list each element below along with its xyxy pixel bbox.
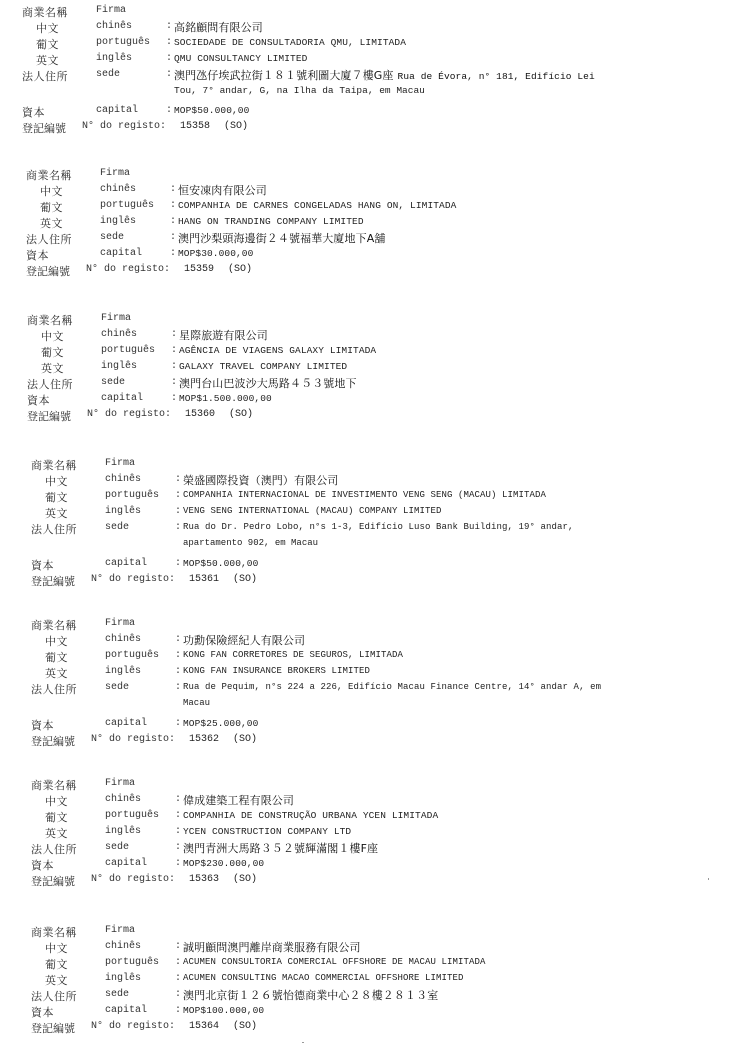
portuguese-name-value: AGÊNCIA DE VIAGENS GALAXY LIMITADA [179, 345, 376, 356]
seat-label-zh: 法人住所 [31, 841, 77, 857]
portuguese-name-row: 葡文 português : AGÊNCIA DE VIAGENS GALAXY… [27, 344, 741, 360]
colon: : [166, 105, 172, 116]
chinese-label-pt: chinês [100, 184, 136, 195]
firm-label-zh: 商業名稱 [31, 617, 77, 633]
english-name-value: HANG ON TRANDING COMPANY LIMITED [178, 216, 364, 227]
english-name-row: 英文 inglês : ACUMEN CONSULTING MACAO COMM… [31, 972, 741, 988]
chinese-name-value: 誠明顧問澳門離岸商業服務有限公司 [183, 939, 361, 955]
capital-label-pt: capital [105, 1005, 147, 1016]
colon: : [171, 361, 177, 372]
seat-label-zh: 法人住所 [31, 521, 77, 537]
colon: : [170, 232, 176, 243]
colon: : [175, 941, 181, 952]
chinese-name-row: 中文 chinês : 功勳保險經紀人有限公司 [31, 633, 741, 649]
portuguese-label-pt: português [105, 650, 159, 661]
registry-number: 15363 [189, 874, 219, 885]
chinese-label-pt: chinês [105, 634, 141, 645]
registry-label-pt: N° do registo: [91, 574, 175, 585]
chinese-name-row: 中文 chinês : 恒安凍肉有限公司 [26, 183, 741, 199]
chinese-name-row: 中文 chinês : 偉成建築工程有限公司 [31, 793, 741, 809]
registry-row: 登記編號 N° do registo: 15359(SO) [26, 263, 741, 279]
registry-entry-15361: 商業名稱 Firma 中文 chinês : 榮盛國際投資（澳門）有限公司 葡文… [31, 457, 741, 589]
chinese-label-pt: chinês [105, 941, 141, 952]
chinese-name-row: 中文 chinês : 誠明顧問澳門離岸商業服務有限公司 [31, 940, 741, 956]
chinese-label-zh: 中文 [45, 793, 68, 809]
capital-label-pt: capital [101, 393, 143, 404]
english-label-pt: inglês [101, 361, 137, 372]
colon: : [175, 650, 181, 661]
registry-value: 15361(SO) [189, 574, 257, 585]
english-label-zh: 英文 [45, 665, 68, 681]
registry-entry-15358: 商業名稱 Firma 中文 chinês : 高銘顧問有限公司 葡文 portu… [22, 4, 741, 136]
english-label-pt: inglês [105, 973, 141, 984]
firm-header-row: 商業名稱 Firma [27, 312, 741, 328]
capital-label-zh: 資本 [27, 392, 50, 408]
firm-header-row: 商業名稱 Firma [31, 457, 741, 473]
portuguese-label-pt: português [96, 37, 150, 48]
capital-row: 資本 capital : MOP$100.000,00 [31, 1004, 741, 1020]
registry-label-zh: 登記編號 [31, 733, 75, 749]
firm-label-zh: 商業名稱 [31, 777, 77, 793]
firm-header-row: 商業名稱 Firma [26, 167, 741, 183]
firm-header-row: 商業名稱 Firma [31, 924, 741, 940]
firm-label-zh: 商業名稱 [27, 312, 73, 328]
registry-value: 15362(SO) [189, 734, 257, 745]
portuguese-label-pt: português [105, 957, 159, 968]
chinese-label-zh: 中文 [36, 20, 59, 36]
capital-value: MOP$230.000,00 [183, 858, 264, 869]
capital-row: 資本 capital : MOP$30.000,00 [26, 247, 741, 263]
registry-label-pt: N° do registo: [87, 409, 171, 420]
chinese-label-zh: 中文 [40, 183, 63, 199]
colon: : [175, 490, 181, 501]
firm-label-pt: Firma [96, 5, 126, 16]
scan-speck [302, 1042, 304, 1043]
english-label-zh: 英文 [45, 505, 68, 521]
seat-continuation: apartamento 902, em Macau [183, 538, 318, 548]
registry-label-zh: 登記編號 [22, 120, 66, 136]
colon: : [166, 53, 172, 64]
portuguese-name-row: 葡文 português : COMPANHIA INTERNACIONAL D… [31, 489, 741, 505]
colon: : [175, 666, 181, 677]
colon: : [171, 393, 177, 404]
portuguese-label-pt: português [105, 810, 159, 821]
seat-label-zh: 法人住所 [26, 231, 72, 247]
portuguese-label-zh: 葡文 [36, 36, 59, 52]
seat-label-pt: sede [101, 377, 125, 388]
english-label-pt: inglês [100, 216, 136, 227]
firm-header-row: 商業名稱 Firma [31, 617, 741, 633]
chinese-label-pt: chinês [105, 794, 141, 805]
registry-entry-15364: 商業名稱 Firma 中文 chinês : 誠明顧問澳門離岸商業服務有限公司 … [31, 924, 741, 1036]
registry-suffix: (SO) [224, 121, 248, 132]
registry-label-pt: N° do registo: [91, 734, 175, 745]
seat-label-zh: 法人住所 [27, 376, 73, 392]
english-label-pt: inglês [105, 826, 141, 837]
registry-row: 登記編號 N° do registo: 15364(SO) [31, 1020, 741, 1036]
capital-row: 資本 capital : MOP$50.000,00 [31, 557, 741, 573]
firm-header-row: 商業名稱 Firma [31, 777, 741, 793]
chinese-name-value: 榮盛國際投資（澳門）有限公司 [183, 472, 338, 488]
capital-value: MOP$25.000,00 [183, 718, 258, 729]
seat-value: Rua de Pequim, n°s 224 a 226, Edifício M… [183, 682, 601, 692]
capital-row: 資本 capital : MOP$1.500.000,00 [27, 392, 741, 408]
english-name-row: 英文 inglês : YCEN CONSTRUCTION COMPANY LT… [31, 825, 741, 841]
seat-continuation-row: apartamento 902, em Macau [31, 537, 741, 557]
firm-label-zh: 商業名稱 [26, 167, 72, 183]
registry-row: 登記編號 N° do registo: 15358(SO) [22, 120, 741, 136]
english-name-value: VENG SENG INTERNATIONAL (MACAU) COMPANY … [183, 506, 442, 516]
chinese-name-value: 恒安凍肉有限公司 [178, 182, 267, 198]
firm-label-pt: Firma [105, 925, 135, 936]
chinese-name-row: 中文 chinês : 星際旅遊有限公司 [27, 328, 741, 344]
seat-value: 澳門氹仔埃武拉街１８１號利圖大廈７樓G座Rua de Évora, n° 181… [174, 67, 595, 83]
seat-continuation-row: Tou, 7° andar, G, na Ilha da Taipa, em M… [22, 84, 741, 104]
capital-value: MOP$30.000,00 [178, 248, 253, 259]
capital-value: MOP$50.000,00 [183, 558, 258, 569]
seat-row: 法人住所 sede : 澳門青洲大馬路３５２號輝滿閣１樓F座 [31, 841, 741, 857]
capital-row: 資本 capital : MOP$25.000,00 [31, 717, 741, 733]
registry-entry-15359: 商業名稱 Firma 中文 chinês : 恒安凍肉有限公司 葡文 portu… [26, 167, 741, 279]
seat-row: 法人住所 sede : Rua de Pequim, n°s 224 a 226… [31, 681, 741, 697]
english-label-zh: 英文 [36, 52, 59, 68]
seat-value-pt: Rua de Évora, n° 181, Edifício Lei [398, 71, 595, 82]
seat-value: 澳門沙梨頭海邊街２４號福華大廈地下A舖 [178, 230, 385, 246]
firm-label-pt: Firma [105, 778, 135, 789]
portuguese-name-row: 葡文 português : KONG FAN CORRETORES DE SE… [31, 649, 741, 665]
english-name-row: 英文 inglês : KONG FAN INSURANCE BROKERS L… [31, 665, 741, 681]
registry-row: 登記編號 N° do registo: 15361(SO) [31, 573, 741, 589]
english-label-zh: 英文 [45, 972, 68, 988]
colon: : [175, 858, 181, 869]
colon: : [170, 200, 176, 211]
english-name-row: 英文 inglês : QMU CONSULTANCY LIMITED [22, 52, 741, 68]
registry-value: 15359(SO) [184, 264, 252, 275]
registry-value: 15360(SO) [185, 409, 253, 420]
registry-row: 登記編號 N° do registo: 15362(SO) [31, 733, 741, 749]
firm-label-zh: 商業名稱 [22, 4, 68, 20]
portuguese-label-zh: 葡文 [45, 489, 68, 505]
seat-row: 法人住所 sede : 澳門沙梨頭海邊街２４號福華大廈地下A舖 [26, 231, 741, 247]
capital-label-zh: 資本 [22, 104, 45, 120]
capital-label-zh: 資本 [31, 857, 54, 873]
registry-number: 15364 [189, 1021, 219, 1032]
chinese-label-zh: 中文 [45, 940, 68, 956]
colon: : [175, 558, 181, 569]
portuguese-label-pt: português [101, 345, 155, 356]
capital-label-zh: 資本 [31, 1004, 54, 1020]
colon: : [175, 1005, 181, 1016]
registry-suffix: (SO) [233, 1021, 257, 1032]
colon: : [166, 37, 172, 48]
colon: : [175, 973, 181, 984]
portuguese-name-row: 葡文 português : ACUMEN CONSULTORIA COMERC… [31, 956, 741, 972]
seat-value: Rua do Dr. Pedro Lobo, n°s 1-3, Edifício… [183, 522, 574, 532]
firm-label-pt: Firma [105, 458, 135, 469]
portuguese-label-zh: 葡文 [40, 199, 63, 215]
capital-label-zh: 資本 [31, 717, 54, 733]
seat-row: 法人住所 sede : 澳門北京街１２６號怡德商業中心２８樓２８１３室 [31, 988, 741, 1004]
colon: : [175, 522, 181, 533]
english-name-row: 英文 inglês : HANG ON TRANDING COMPANY LIM… [26, 215, 741, 231]
english-label-pt: inglês [96, 53, 132, 64]
seat-label-pt: sede [105, 842, 129, 853]
colon: : [166, 69, 172, 80]
seat-label-pt: sede [105, 522, 129, 533]
colon: : [175, 718, 181, 729]
capital-label-pt: capital [105, 558, 147, 569]
chinese-label-pt: chinês [105, 474, 141, 485]
english-label-zh: 英文 [45, 825, 68, 841]
portuguese-label-pt: português [105, 490, 159, 501]
capital-label-pt: capital [100, 248, 142, 259]
capital-value: MOP$1.500.000,00 [179, 393, 272, 404]
firm-header-row: 商業名稱 Firma [22, 4, 741, 20]
capital-label-zh: 資本 [31, 557, 54, 573]
seat-value: 澳門北京街１２６號怡德商業中心２８樓２８１３室 [183, 987, 438, 1003]
english-name-value: KONG FAN INSURANCE BROKERS LIMITED [183, 666, 370, 676]
seat-label-zh: 法人住所 [22, 68, 68, 84]
portuguese-label-pt: português [100, 200, 154, 211]
seat-continuation: Macau [183, 698, 210, 708]
chinese-label-zh: 中文 [45, 473, 68, 489]
english-label-zh: 英文 [41, 360, 64, 376]
registry-suffix: (SO) [229, 409, 253, 420]
colon: : [175, 682, 181, 693]
seat-value: 澳門台山巴波沙大馬路４５３號地下 [179, 375, 357, 391]
registry-entry-15362: 商業名稱 Firma 中文 chinês : 功勳保險經紀人有限公司 葡文 po… [31, 617, 741, 749]
seat-label-pt: sede [100, 232, 124, 243]
registry-number: 15359 [184, 264, 214, 275]
english-name-value: GALAXY TRAVEL COMPANY LIMITED [179, 361, 347, 372]
portuguese-name-row: 葡文 português : COMPANHIA DE CONSTRUÇÃO U… [31, 809, 741, 825]
registry-label-pt: N° do registo: [82, 121, 166, 132]
colon: : [170, 184, 176, 195]
seat-row: 法人住所 sede : 澳門台山巴波沙大馬路４５３號地下 [27, 376, 741, 392]
registry-number: 15362 [189, 734, 219, 745]
seat-row: 法人住所 sede : Rua do Dr. Pedro Lobo, n°s 1… [31, 521, 741, 537]
colon: : [171, 377, 177, 388]
chinese-name-row: 中文 chinês : 高銘顧問有限公司 [22, 20, 741, 36]
portuguese-name-value: COMPANHIA DE CARNES CONGELADAS HANG ON, … [178, 200, 456, 211]
registry-number: 15360 [185, 409, 215, 420]
capital-label-pt: capital [105, 858, 147, 869]
seat-label-pt: sede [105, 682, 129, 693]
portuguese-name-row: 葡文 português : SOCIEDADE DE CONSULTADORI… [22, 36, 741, 52]
colon: : [175, 842, 181, 853]
seat-label-pt: sede [96, 69, 120, 80]
portuguese-name-row: 葡文 português : COMPANHIA DE CARNES CONGE… [26, 199, 741, 215]
chinese-label-zh: 中文 [41, 328, 64, 344]
chinese-label-pt: chinês [96, 21, 132, 32]
english-label-pt: inglês [105, 666, 141, 677]
portuguese-name-value: SOCIEDADE DE CONSULTADORIA QMU, LIMITADA [174, 37, 406, 48]
chinese-name-value: 星際旅遊有限公司 [179, 327, 268, 343]
chinese-name-value: 功勳保險經紀人有限公司 [183, 632, 305, 648]
colon: : [170, 216, 176, 227]
firm-label-pt: Firma [101, 313, 131, 324]
registry-suffix: (SO) [233, 734, 257, 745]
seat-continuation: Tou, 7° andar, G, na Ilha da Taipa, em M… [174, 85, 425, 96]
portuguese-name-value: ACUMEN CONSULTORIA COMERCIAL OFFSHORE DE… [183, 957, 486, 967]
registry-row: 登記編號 N° do registo: 15360(SO) [27, 408, 741, 424]
english-label-pt: inglês [105, 506, 141, 517]
english-name-row: 英文 inglês : VENG SENG INTERNATIONAL (MAC… [31, 505, 741, 521]
registry-label-zh: 登記編號 [31, 573, 75, 589]
capital-label-zh: 資本 [26, 247, 49, 263]
registry-number: 15361 [189, 574, 219, 585]
colon: : [175, 957, 181, 968]
firm-label-pt: Firma [100, 168, 130, 179]
registry-label-zh: 登記編號 [31, 1020, 75, 1036]
seat-label-zh: 法人住所 [31, 988, 77, 1004]
firm-label-zh: 商業名稱 [31, 924, 77, 940]
capital-value: MOP$50.000,00 [174, 105, 249, 116]
registry-label-zh: 登記編號 [26, 263, 70, 279]
registry-label-pt: N° do registo: [86, 264, 170, 275]
registry-suffix: (SO) [233, 574, 257, 585]
registry-row: 登記編號 N° do registo: 15363(SO) [31, 873, 741, 889]
seat-value: 澳門青洲大馬路３５２號輝滿閣１樓F座 [183, 840, 378, 856]
registry-entry-15363: 商業名稱 Firma 中文 chinês : 偉成建築工程有限公司 葡文 por… [31, 777, 741, 889]
registry-suffix: (SO) [228, 264, 252, 275]
colon: : [175, 826, 181, 837]
chinese-label-zh: 中文 [45, 633, 68, 649]
registry-entry-15360: 商業名稱 Firma 中文 chinês : 星際旅遊有限公司 葡文 portu… [27, 312, 741, 424]
colon: : [166, 21, 172, 32]
registry-label-pt: N° do registo: [91, 1021, 175, 1032]
registry-label-zh: 登記編號 [27, 408, 71, 424]
registry-label-zh: 登記編號 [31, 873, 75, 889]
capital-label-pt: capital [96, 105, 138, 116]
colon: : [170, 248, 176, 259]
portuguese-name-value: COMPANHIA INTERNACIONAL DE INVESTIMENTO … [183, 490, 546, 500]
seat-label-zh: 法人住所 [31, 681, 77, 697]
registry-label-pt: N° do registo: [91, 874, 175, 885]
colon: : [175, 810, 181, 821]
portuguese-label-zh: 葡文 [45, 809, 68, 825]
registry-suffix: (SO) [233, 874, 257, 885]
portuguese-label-zh: 葡文 [45, 956, 68, 972]
colon: : [171, 345, 177, 356]
portuguese-name-value: COMPANHIA DE CONSTRUÇÃO URBANA YCEN LIMI… [183, 810, 438, 821]
colon: : [171, 329, 177, 340]
colon: : [175, 474, 181, 485]
chinese-label-pt: chinês [101, 329, 137, 340]
seat-continuation-row: Macau [31, 697, 741, 717]
colon: : [175, 989, 181, 1000]
chinese-name-row: 中文 chinês : 榮盛國際投資（澳門）有限公司 [31, 473, 741, 489]
capital-row: 資本 capital : MOP$230.000,00 [31, 857, 741, 873]
colon: : [175, 506, 181, 517]
registry-value: 15358(SO) [180, 121, 248, 132]
english-label-zh: 英文 [40, 215, 63, 231]
firm-label-zh: 商業名稱 [31, 457, 77, 473]
capital-row: 資本 capital : MOP$50.000,00 [22, 104, 741, 120]
capital-label-pt: capital [105, 718, 147, 729]
portuguese-name-value: KONG FAN CORRETORES DE SEGUROS, LIMITADA [183, 650, 403, 660]
portuguese-label-zh: 葡文 [41, 344, 64, 360]
english-name-value: ACUMEN CONSULTING MACAO COMMERCIAL OFFSH… [183, 973, 464, 983]
english-name-value: QMU CONSULTANCY LIMITED [174, 53, 307, 64]
english-name-value: YCEN CONSTRUCTION COMPANY LTD [183, 826, 351, 837]
chinese-name-value: 偉成建築工程有限公司 [183, 792, 294, 808]
registry-value: 15363(SO) [189, 874, 257, 885]
seat-row: 法人住所 sede : 澳門氹仔埃武拉街１８１號利圖大廈７樓G座Rua de É… [22, 68, 741, 84]
registry-number: 15358 [180, 121, 210, 132]
english-name-row: 英文 inglês : GALAXY TRAVEL COMPANY LIMITE… [27, 360, 741, 376]
seat-value-zh: 澳門氹仔埃武拉街１８１號利圖大廈７樓G座 [174, 69, 394, 82]
scan-speck [708, 878, 709, 880]
colon: : [175, 794, 181, 805]
colon: : [175, 634, 181, 645]
seat-label-pt: sede [105, 989, 129, 1000]
chinese-name-value: 高銘顧問有限公司 [174, 19, 263, 35]
portuguese-label-zh: 葡文 [45, 649, 68, 665]
firm-label-pt: Firma [105, 618, 135, 629]
registry-value: 15364(SO) [189, 1021, 257, 1032]
capital-value: MOP$100.000,00 [183, 1005, 264, 1016]
